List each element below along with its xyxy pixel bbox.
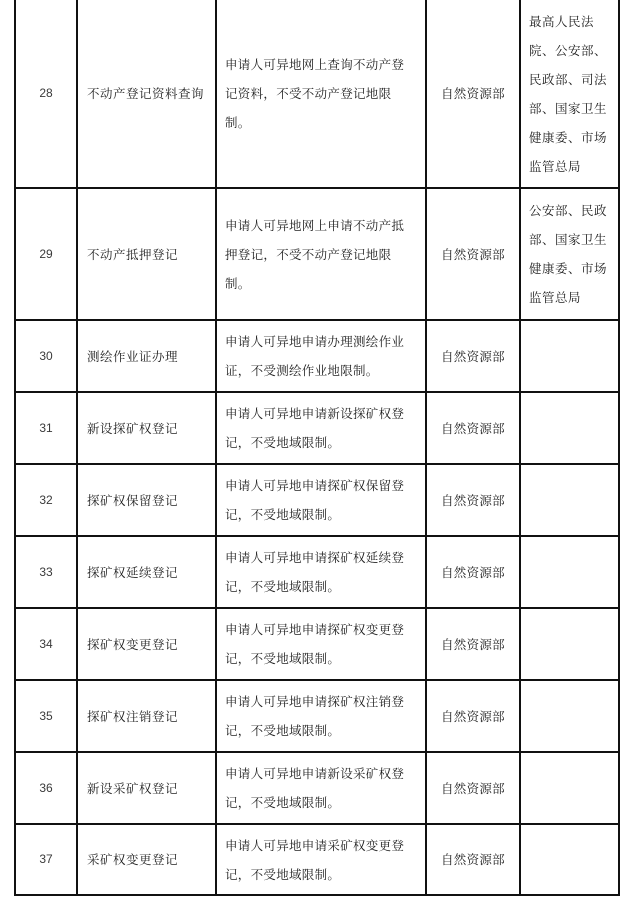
description-line: 记，不受地域限制。 xyxy=(225,500,419,529)
description-line: 申请人可异地申请新设采矿权登 xyxy=(225,759,419,788)
cooperating-departments xyxy=(520,392,619,464)
cooperating-departments xyxy=(520,680,619,752)
cooperating-line: 部、国家卫生 xyxy=(529,225,614,254)
row-number: 33 xyxy=(15,536,77,608)
item-description: 申请人可异地申请探矿权延续登 记，不受地域限制。 xyxy=(216,536,426,608)
responsible-department: 自然资源部 xyxy=(426,824,520,895)
item-description: 申请人可异地网上查询不动产登 记资料，不受不动产登记地限 制。 xyxy=(216,0,426,188)
table-row: 31 新设探矿权登记 申请人可异地申请新设探矿权登 记，不受地域限制。 自然资源… xyxy=(15,392,619,464)
responsible-department: 自然资源部 xyxy=(426,752,520,824)
row-number: 32 xyxy=(15,464,77,536)
row-number: 34 xyxy=(15,608,77,680)
responsible-department: 自然资源部 xyxy=(426,536,520,608)
table-row: 35 探矿权注销登记 申请人可异地申请探矿权注销登 记，不受地域限制。 自然资源… xyxy=(15,680,619,752)
description-line: 申请人可异地申请探矿权变更登 xyxy=(225,615,419,644)
item-description: 申请人可异地申请新设采矿权登 记，不受地域限制。 xyxy=(216,752,426,824)
responsible-department: 自然资源部 xyxy=(426,608,520,680)
item-name: 新设采矿权登记 xyxy=(77,752,216,824)
description-line: 押登记，不受不动产登记地限 xyxy=(225,240,419,269)
cooperating-departments xyxy=(520,608,619,680)
item-description: 申请人可异地申请探矿权注销登 记，不受地域限制。 xyxy=(216,680,426,752)
description-line: 记，不受地域限制。 xyxy=(225,644,419,673)
cooperating-departments xyxy=(520,752,619,824)
row-number: 29 xyxy=(15,188,77,320)
table-row: 36 新设采矿权登记 申请人可异地申请新设采矿权登 记，不受地域限制。 自然资源… xyxy=(15,752,619,824)
cooperating-departments xyxy=(520,824,619,895)
service-table: 28 不动产登记资料查询 申请人可异地网上查询不动产登 记资料，不受不动产登记地… xyxy=(14,0,620,896)
item-description: 申请人可异地申请办理测绘作业 证，不受测绘作业地限制。 xyxy=(216,320,426,392)
description-line: 制。 xyxy=(225,269,419,298)
description-line: 申请人可异地申请探矿权注销登 xyxy=(225,687,419,716)
cooperating-line: 部、国家卫生 xyxy=(529,94,614,123)
table-row: 32 探矿权保留登记 申请人可异地申请探矿权保留登 记，不受地域限制。 自然资源… xyxy=(15,464,619,536)
description-line: 申请人可异地申请探矿权延续登 xyxy=(225,543,419,572)
item-name: 探矿权保留登记 xyxy=(77,464,216,536)
table-row: 34 探矿权变更登记 申请人可异地申请探矿权变更登 记，不受地域限制。 自然资源… xyxy=(15,608,619,680)
item-name: 采矿权变更登记 xyxy=(77,824,216,895)
table-row: 37 采矿权变更登记 申请人可异地申请采矿权变更登 记，不受地域限制。 自然资源… xyxy=(15,824,619,895)
cooperating-line: 监管总局 xyxy=(529,283,614,312)
description-line: 申请人可异地申请办理测绘作业 xyxy=(225,327,419,356)
row-number: 37 xyxy=(15,824,77,895)
table-row: 29 不动产抵押登记 申请人可异地网上申请不动产抵 押登记，不受不动产登记地限 … xyxy=(15,188,619,320)
cooperating-line: 健康委、市场 xyxy=(529,254,614,283)
cooperating-departments: 公安部、民政 部、国家卫生 健康委、市场 监管总局 xyxy=(520,188,619,320)
description-line: 证，不受测绘作业地限制。 xyxy=(225,356,419,385)
table-body: 28 不动产登记资料查询 申请人可异地网上查询不动产登 记资料，不受不动产登记地… xyxy=(15,0,619,895)
responsible-department: 自然资源部 xyxy=(426,392,520,464)
responsible-department: 自然资源部 xyxy=(426,680,520,752)
table-row: 30 测绘作业证办理 申请人可异地申请办理测绘作业 证，不受测绘作业地限制。 自… xyxy=(15,320,619,392)
item-description: 申请人可异地申请新设探矿权登 记，不受地域限制。 xyxy=(216,392,426,464)
description-line: 记，不受地域限制。 xyxy=(225,428,419,457)
description-line: 申请人可异地网上申请不动产抵 xyxy=(225,211,419,240)
description-line: 记，不受地域限制。 xyxy=(225,572,419,601)
row-number: 31 xyxy=(15,392,77,464)
description-line: 申请人可异地申请新设探矿权登 xyxy=(225,399,419,428)
cooperating-departments xyxy=(520,536,619,608)
description-line: 制。 xyxy=(225,108,419,137)
cooperating-line: 院、公安部、 xyxy=(529,36,614,65)
cooperating-departments xyxy=(520,320,619,392)
cooperating-line: 监管总局 xyxy=(529,152,614,181)
item-description: 申请人可异地申请探矿权保留登 记，不受地域限制。 xyxy=(216,464,426,536)
description-line: 申请人可异地申请采矿权变更登 xyxy=(225,831,419,860)
row-number: 30 xyxy=(15,320,77,392)
row-number: 35 xyxy=(15,680,77,752)
table-row: 33 探矿权延续登记 申请人可异地申请探矿权延续登 记，不受地域限制。 自然资源… xyxy=(15,536,619,608)
item-name: 探矿权变更登记 xyxy=(77,608,216,680)
item-name: 测绘作业证办理 xyxy=(77,320,216,392)
item-name: 不动产登记资料查询 xyxy=(77,0,216,188)
description-line: 申请人可异地网上查询不动产登 xyxy=(225,50,419,79)
description-line: 记，不受地域限制。 xyxy=(225,860,419,889)
description-line: 记，不受地域限制。 xyxy=(225,716,419,745)
cooperating-departments xyxy=(520,464,619,536)
description-line: 记资料，不受不动产登记地限 xyxy=(225,79,419,108)
item-name: 探矿权注销登记 xyxy=(77,680,216,752)
description-line: 记，不受地域限制。 xyxy=(225,788,419,817)
cooperating-departments: 最高人民法 院、公安部、 民政部、司法 部、国家卫生 健康委、市场 监管总局 xyxy=(520,0,619,188)
row-number: 36 xyxy=(15,752,77,824)
item-name: 探矿权延续登记 xyxy=(77,536,216,608)
cooperating-line: 最高人民法 xyxy=(529,7,614,36)
responsible-department: 自然资源部 xyxy=(426,320,520,392)
item-name: 不动产抵押登记 xyxy=(77,188,216,320)
item-description: 申请人可异地网上申请不动产抵 押登记，不受不动产登记地限 制。 xyxy=(216,188,426,320)
responsible-department: 自然资源部 xyxy=(426,188,520,320)
row-number: 28 xyxy=(15,0,77,188)
item-description: 申请人可异地申请探矿权变更登 记，不受地域限制。 xyxy=(216,608,426,680)
table-row: 28 不动产登记资料查询 申请人可异地网上查询不动产登 记资料，不受不动产登记地… xyxy=(15,0,619,188)
responsible-department: 自然资源部 xyxy=(426,464,520,536)
item-name: 新设探矿权登记 xyxy=(77,392,216,464)
service-table-container: 28 不动产登记资料查询 申请人可异地网上查询不动产登 记资料，不受不动产登记地… xyxy=(14,0,620,896)
description-line: 申请人可异地申请探矿权保留登 xyxy=(225,471,419,500)
cooperating-line: 健康委、市场 xyxy=(529,123,614,152)
item-description: 申请人可异地申请采矿权变更登 记，不受地域限制。 xyxy=(216,824,426,895)
cooperating-line: 民政部、司法 xyxy=(529,65,614,94)
responsible-department: 自然资源部 xyxy=(426,0,520,188)
cooperating-line: 公安部、民政 xyxy=(529,196,614,225)
